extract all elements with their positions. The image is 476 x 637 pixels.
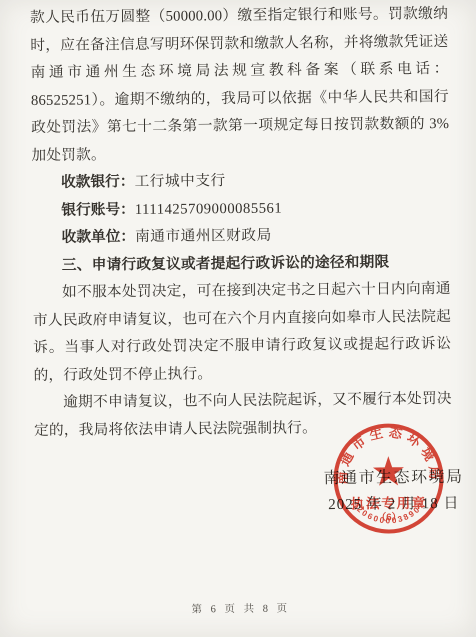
bank-detail-row: 收款银行：工行城中支行 [32,166,450,198]
scan-tilt-wrapper: 款人民币伍万圆整（50000.00）缴至指定银行和账号。罚款缴纳时，应在备注信息… [0,0,476,637]
bank-name-value: 工行城中支行 [134,173,225,190]
payee-unit-value: 南通市通州区财政局 [135,228,272,245]
section-heading: 三、申请行政复议或者提起行政诉讼的途径和期限 [32,248,450,280]
paragraph-appeal-rights: 如不服本处罚决定，可在接到决定书之日起六十日内向南通市人民政府申请复议，也可在六… [33,276,452,390]
page-number-footer: 第 6 页 共 8 页 [3,599,476,619]
bank-detail-row: 银行账号：1111425709000085561 [32,193,450,225]
paragraph-payment-instructions: 款人民币伍万圆整（50000.00）缴至指定银行和账号。罚款缴纳时，应在备注信息… [30,1,450,170]
bank-detail-row: 收款单位：南通市通州区财政局 [32,221,450,253]
payee-unit-label: 收款单位： [62,229,136,246]
bank-account-label: 银行账号： [61,201,135,218]
scanned-document-page: 款人民币伍万圆整（50000.00）缴至指定银行和账号。罚款缴纳时，应在备注信息… [0,0,476,637]
official-seal-stamp-icon: 南通市生态环境局 执法专用章 （6） 3206000038907 [331,421,446,536]
bank-account-value: 1111425709000085561 [135,200,283,217]
document-body: 款人民币伍万圆整（50000.00）缴至指定银行和账号。罚款缴纳时，应在备注信息… [30,1,452,445]
bank-name-label: 收款银行： [61,174,135,191]
seal-star-icon [373,456,404,486]
